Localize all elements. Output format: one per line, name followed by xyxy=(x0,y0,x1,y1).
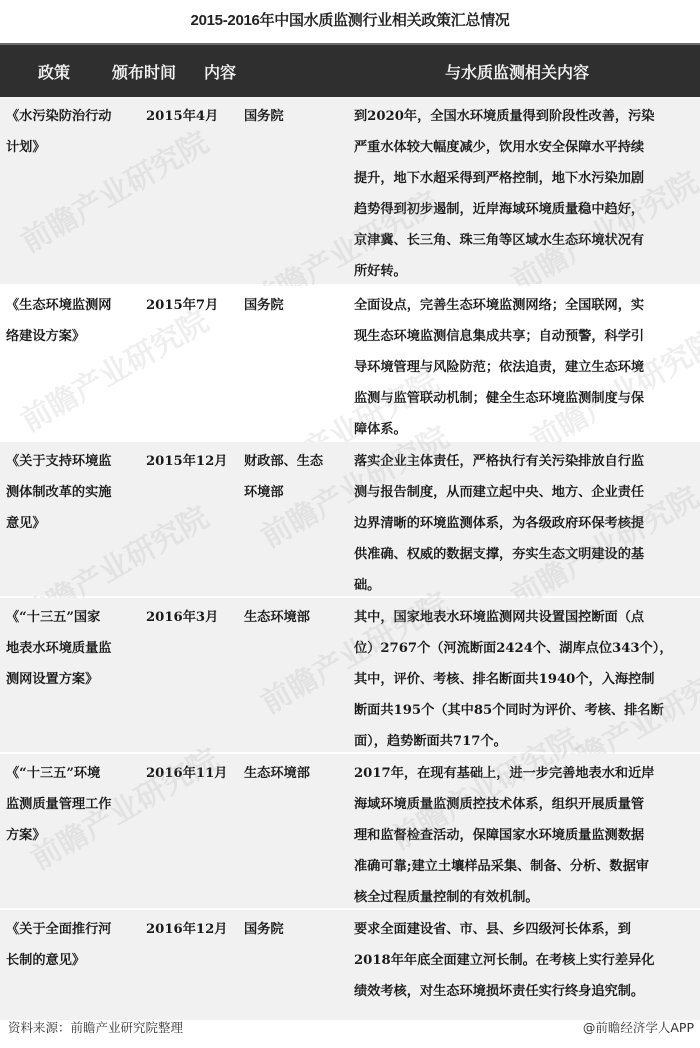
source-note: 资料来源：前瞻产业研究院整理 xyxy=(8,1015,183,1041)
issuer-text: 财政部、生态 xyxy=(244,446,344,477)
table-row: 《水污染防治行动 计划》 2015年4月 国务院 到2020年，全国水环境质量得… xyxy=(0,97,700,286)
content-cell: 其中，国家地表水环境监测网共设置国控断面（点 位）2767个（河流断面2424个… xyxy=(354,602,692,757)
policy-text: 测体制改革的实施 xyxy=(6,477,138,508)
content-line: 到2020年，全国水环境质量得到阶段性改善，污染 xyxy=(354,101,692,132)
policy-text: 意见》 xyxy=(6,508,138,539)
content-line: 所好转。 xyxy=(354,256,692,287)
header-content: 与水质监测相关内容 xyxy=(445,60,589,83)
issuer-text: 国务院 xyxy=(244,101,344,132)
issuer-cell: 国务院 xyxy=(244,914,344,945)
date-cell: 2015年12月 xyxy=(146,446,236,477)
policy-cell: 《“十三五”环境 监测质量管理工作 方案》 xyxy=(6,758,138,851)
policy-text: 络建设方案》 xyxy=(6,321,138,352)
content-line: 导环境管理与风险防范；依法追责，建立生态环境 xyxy=(354,352,692,383)
issuer-text: 生态环境部 xyxy=(244,758,344,789)
content-line: 供准确、权威的数据支撑，夯实生态文明建设的基 xyxy=(354,539,692,570)
content-line: 核全过程质量控制的有效机制。 xyxy=(354,882,692,913)
content-line: 绩效考核，对生态环境损坏责任实行终身追究制。 xyxy=(354,976,692,1007)
date-cell: 2016年3月 xyxy=(146,602,236,633)
table-row: 《关于支持环境监 测体制改革的实施 意见》 2015年12月 财政部、生态 环境… xyxy=(0,442,700,598)
content-line: 其中，国家地表水环境监测网共设置国控断面（点 xyxy=(354,602,692,633)
content-cell: 要求全面建设省、市、县、乡四级河长体系，到 2018年年底全面建立河长制。在考核… xyxy=(354,914,692,1007)
brand-label: @前瞻经济学人APP xyxy=(583,1015,694,1041)
policy-cell: 《关于支持环境监 测体制改革的实施 意见》 xyxy=(6,446,138,539)
content-line: 严重水体较大幅度减少，饮用水安全保障水平持续 xyxy=(354,132,692,163)
issuer-cell: 国务院 xyxy=(244,290,344,321)
content-line: 2018年年底全面建立河长制。在考核上实行差异化 xyxy=(354,945,692,976)
issuer-cell: 生态环境部 xyxy=(244,758,344,789)
table-row: 《关于全面推行河 长制的意见》 2016年12月 国务院 要求全面建设省、市、县… xyxy=(0,910,700,1020)
content-line: 趋势得到初步遏制，近岸海域环境质量稳中趋好， xyxy=(354,194,692,225)
policy-text: 计划》 xyxy=(6,132,138,163)
policy-text: 方案》 xyxy=(6,820,138,851)
content-line: 全面设点，完善生态环境监测网络；全国联网，实 xyxy=(354,290,692,321)
issuer-text: 生态环境部 xyxy=(244,602,344,633)
content-line: 准确可靠;建立土壤样品采集、制备、分析、数据审 xyxy=(354,851,692,882)
content-line: 断面共195个（其中85个同时为评价、考核、排名断 xyxy=(354,695,692,726)
content-line: 础。 xyxy=(354,570,692,601)
issuer-cell: 国务院 xyxy=(244,101,344,132)
issuer-text: 国务院 xyxy=(244,914,344,945)
content-cell: 落实企业主体责任，严格执行有关污染排放自行监 测与报告制度，从而建立起中央、地方… xyxy=(354,446,692,601)
policy-cell: 《关于全面推行河 长制的意见》 xyxy=(6,914,138,976)
issuer-text: 国务院 xyxy=(244,290,344,321)
content-line: 现生态环境监测信息集成共享；自动预警，科学引 xyxy=(354,321,692,352)
content-line: 位）2767个（河流断面2424个、湖库点位343个）， xyxy=(354,633,692,664)
policy-cell: 《“十三五”国家 地表水环境质量监 测网设置方案》 xyxy=(6,602,138,695)
policy-text: 《生态环境监测网 xyxy=(6,290,138,321)
policy-text: 《关于全面推行河 xyxy=(6,914,138,945)
policy-text: 《“十三五”环境 xyxy=(6,758,138,789)
issuer-text: 环境部 xyxy=(244,477,344,508)
date-cell: 2015年7月 xyxy=(146,290,236,321)
header-date: 颁布时间 xyxy=(112,60,176,83)
content-line: 障体系。 xyxy=(354,414,692,445)
footer: 资料来源：前瞻产业研究院整理 @前瞻经济学人APP xyxy=(0,1015,700,1041)
date-cell: 2015年4月 xyxy=(146,101,236,132)
policy-text: 《“十三五”国家 xyxy=(6,602,138,633)
table-row: 《“十三五”环境 监测质量管理工作 方案》 2016年11月 生态环境部 201… xyxy=(0,754,700,910)
policy-text: 《水污染防治行动 xyxy=(6,101,138,132)
header-issuer: 内容 xyxy=(204,60,236,83)
content-line: 落实企业主体责任，严格执行有关污染排放自行监 xyxy=(354,446,692,477)
table-header: 政策 颁布时间 内容 与水质监测相关内容 xyxy=(0,43,700,97)
content-cell: 到2020年，全国水环境质量得到阶段性改善，污染 严重水体较大幅度减少，饮用水安… xyxy=(354,101,692,287)
policy-text: 《关于支持环境监 xyxy=(6,446,138,477)
policy-text: 长制的意见》 xyxy=(6,945,138,976)
policy-text: 地表水环境质量监 xyxy=(6,633,138,664)
date-cell: 2016年12月 xyxy=(146,914,236,945)
content-line: 面），趋势断面共717个。 xyxy=(354,726,692,757)
policy-table: 政策 颁布时间 内容 与水质监测相关内容 《水污染防治行动 计划》 2015年4… xyxy=(0,43,700,1020)
content-line: 要求全面建设省、市、县、乡四级河长体系，到 xyxy=(354,914,692,945)
content-cell: 全面设点，完善生态环境监测网络；全国联网，实 现生态环境监测信息集成共享；自动预… xyxy=(354,290,692,445)
content-line: 测与报告制度，从而建立起中央、地方、企业责任 xyxy=(354,477,692,508)
policy-cell: 《水污染防治行动 计划》 xyxy=(6,101,138,163)
policy-cell: 《生态环境监测网 络建设方案》 xyxy=(6,290,138,352)
content-line: 监测与监管联动机制；健全生态环境监测制度与保 xyxy=(354,383,692,414)
date-cell: 2016年11月 xyxy=(146,758,236,789)
content-line: 京津冀、长三角、珠三角等区域水生态环境状况有 xyxy=(354,225,692,256)
content-line: 提升，地下水超采得到严格控制，地下水污染加剧 xyxy=(354,163,692,194)
issuer-cell: 生态环境部 xyxy=(244,602,344,633)
issuer-cell: 财政部、生态 环境部 xyxy=(244,446,344,508)
table-row: 《“十三五”国家 地表水环境质量监 测网设置方案》 2016年3月 生态环境部 … xyxy=(0,598,700,754)
content-line: 其中，评价、考核、排名断面共1940个，入海控制 xyxy=(354,664,692,695)
page-title: 2015-2016年中国水质监测行业相关政策汇总情况 xyxy=(0,0,700,42)
policy-text: 监测质量管理工作 xyxy=(6,789,138,820)
content-line: 理和监督检查活动，保障国家水环境质量监测数据 xyxy=(354,820,692,851)
content-line: 边界清晰的环境监测体系，为各级政府环保考核提 xyxy=(354,508,692,539)
policy-text: 测网设置方案》 xyxy=(6,664,138,695)
header-policy: 政策 xyxy=(38,60,70,83)
table-row: 《生态环境监测网 络建设方案》 2015年7月 国务院 全面设点，完善生态环境监… xyxy=(0,286,700,442)
content-line: 海域环境质量监测质控技术体系，组织开展质量管 xyxy=(354,789,692,820)
content-cell: 2017年，在现有基础上，进一步完善地表水和近岸 海域环境质量监测质控技术体系，… xyxy=(354,758,692,913)
content-line: 2017年，在现有基础上，进一步完善地表水和近岸 xyxy=(354,758,692,789)
